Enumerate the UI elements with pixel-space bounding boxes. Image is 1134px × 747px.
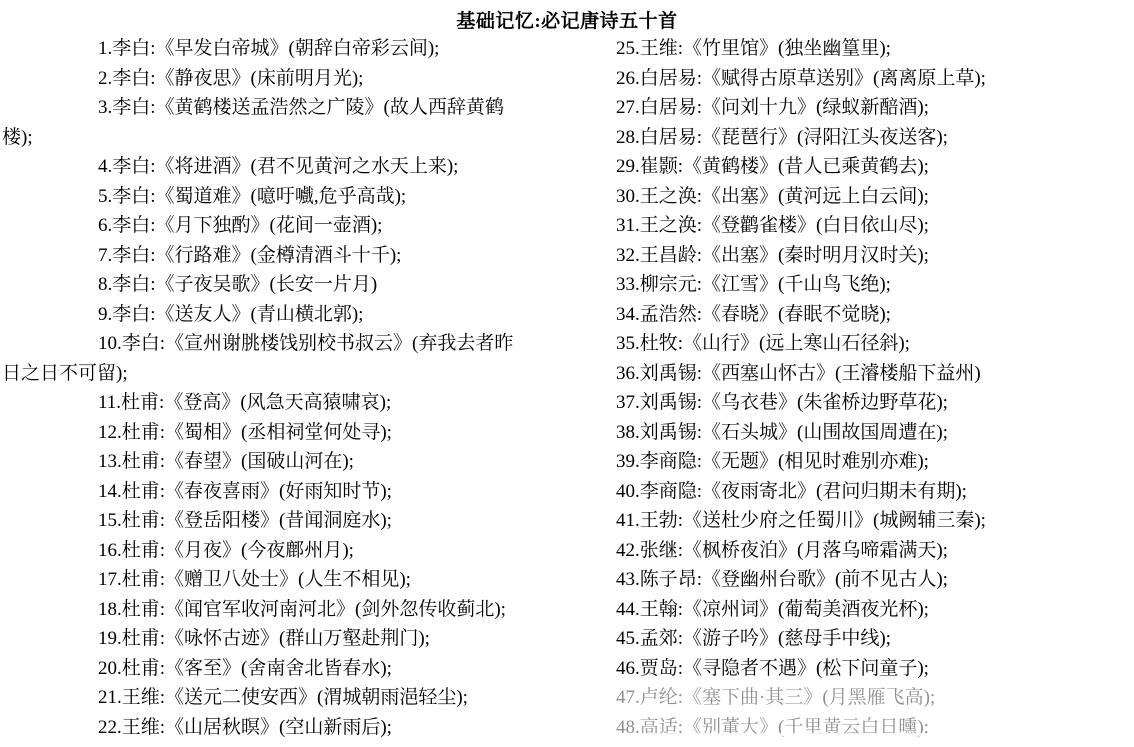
poem-line: 9.李白:《送友人》(青山横北郭); — [2, 300, 518, 330]
poem-line: 25.王维:《竹里馆》(独坐幽篁里); — [520, 34, 1134, 64]
poem-line: 21.王维:《送元二使安西》(渭城朝雨浥轻尘); — [2, 683, 518, 713]
poem-line: 8.李白:《子夜吴歌》(长安一片月) — [2, 270, 518, 300]
poem-line: 16.杜甫:《月夜》(今夜鄜州月); — [2, 536, 518, 566]
poem-list-right-column: 25.王维:《竹里馆》(独坐幽篁里);26.白居易:《赋得古原草送别》(离离原上… — [520, 34, 1134, 742]
poem-line: 7.李白:《行路难》(金樽清酒斗十千); — [2, 241, 518, 271]
poem-line: 15.杜甫:《登岳阳楼》(昔闻洞庭水); — [2, 506, 518, 536]
poem-line: 32.王昌龄:《出塞》(秦时明月汉时关); — [520, 241, 1134, 271]
poem-line: 35.杜牧:《山行》(远上寒山石径斜); — [520, 329, 1134, 359]
poem-line: 29.崔颢:《黄鹤楼》(昔人已乘黄鹤去); — [520, 152, 1134, 182]
poem-line: 19.杜甫:《咏怀古迹》(群山万壑赴荆门); — [2, 624, 518, 654]
poem-line: 33.柳宗元:《江雪》(千山鸟飞绝); — [520, 270, 1134, 300]
poem-line: 34.孟浩然:《春晓》(春眠不觉晓); — [520, 300, 1134, 330]
poem-line: 45.孟郊:《游子吟》(慈母手中线); — [520, 624, 1134, 654]
poem-line: 30.王之涣:《出塞》(黄河远上白云间); — [520, 182, 1134, 212]
poem-line: 11.杜甫:《登高》(风急天高猿啸哀); — [2, 388, 518, 418]
poem-line: 43.陈子昂:《登幽州台歌》(前不见古人); — [520, 565, 1134, 595]
poem-line: 28.白居易:《琵琶行》(浔阳江头夜送客); — [520, 123, 1134, 153]
poem-list-left-column: 1.李白:《早发白帝城》(朝辞白帝彩云间);2.李白:《静夜思》(床前明月光);… — [2, 34, 518, 742]
poem-line: 1.李白:《早发白帝城》(朝辞白帝彩云间); — [2, 34, 518, 64]
poem-line: 13.杜甫:《春望》(国破山河在); — [2, 447, 518, 477]
poem-line: 39.李商隐:《无题》(相见时难别亦难); — [520, 447, 1134, 477]
poem-line: 46.贾岛:《寻隐者不遇》(松下问童子); — [520, 654, 1134, 684]
poem-line: 18.杜甫:《闻官军收河南河北》(剑外忽传收蓟北); — [2, 595, 518, 625]
poem-line: 日之日不可留); — [2, 359, 518, 389]
page-title: 基础记忆:必记唐诗五十首 — [0, 6, 1134, 33]
poem-line: 17.杜甫:《赠卫八处士》(人生不相见); — [2, 565, 518, 595]
poem-line: 40.李商隐:《夜雨寄北》(君问归期未有期); — [520, 477, 1134, 507]
poem-line: 36.刘禹锡:《西塞山怀古》(王濬楼船下益州) — [520, 359, 1134, 389]
poem-line: 26.白居易:《赋得古原草送别》(离离原上草); — [520, 64, 1134, 94]
poem-line: 41.王勃:《送杜少府之任蜀川》(城阙辅三秦); — [520, 506, 1134, 536]
poem-line: 2.李白:《静夜思》(床前明月光); — [2, 64, 518, 94]
poem-line: 42.张继:《枫桥夜泊》(月落乌啼霜满天); — [520, 536, 1134, 566]
poem-line: 38.刘禹锡:《石头城》(山围故国周遭在); — [520, 418, 1134, 448]
poem-line: 3.李白:《黄鹤楼送孟浩然之广陵》(故人西辞黄鹤 — [2, 93, 518, 123]
poem-line: 47.卢纶:《塞下曲·其三》(月黑雁飞高); — [520, 683, 1134, 713]
poem-line: 31.王之涣:《登鹳雀楼》(白日依山尽); — [520, 211, 1134, 241]
poem-line: 14.杜甫:《春夜喜雨》(好雨知时节); — [2, 477, 518, 507]
poem-line: 4.李白:《将进酒》(君不见黄河之水天上来); — [2, 152, 518, 182]
poem-line: 10.李白:《宣州谢朓楼饯别校书叔云》(弃我去者昨 — [2, 329, 518, 359]
poem-line: 5.李白:《蜀道难》(噫吁嚱,危乎高哉); — [2, 182, 518, 212]
poem-line: 6.李白:《月下独酌》(花间一壶酒); — [2, 211, 518, 241]
poem-line: 12.杜甫:《蜀相》(丞相祠堂何处寻); — [2, 418, 518, 448]
poem-line: 44.王翰:《凉州词》(葡萄美酒夜光杯); — [520, 595, 1134, 625]
poem-line: 20.杜甫:《客至》(舍南舍北皆春水); — [2, 654, 518, 684]
poem-line: 楼); — [2, 123, 518, 153]
poem-line: 22.王维:《山居秋暝》(空山新雨后); — [2, 713, 518, 743]
poem-line: 48.高适:《别董大》(千里黄云白日曛); — [520, 713, 1134, 743]
poem-line: 27.白居易:《问刘十九》(绿蚁新醅酒); — [520, 93, 1134, 123]
poem-line: 37.刘禹锡:《乌衣巷》(朱雀桥边野草花); — [520, 388, 1134, 418]
